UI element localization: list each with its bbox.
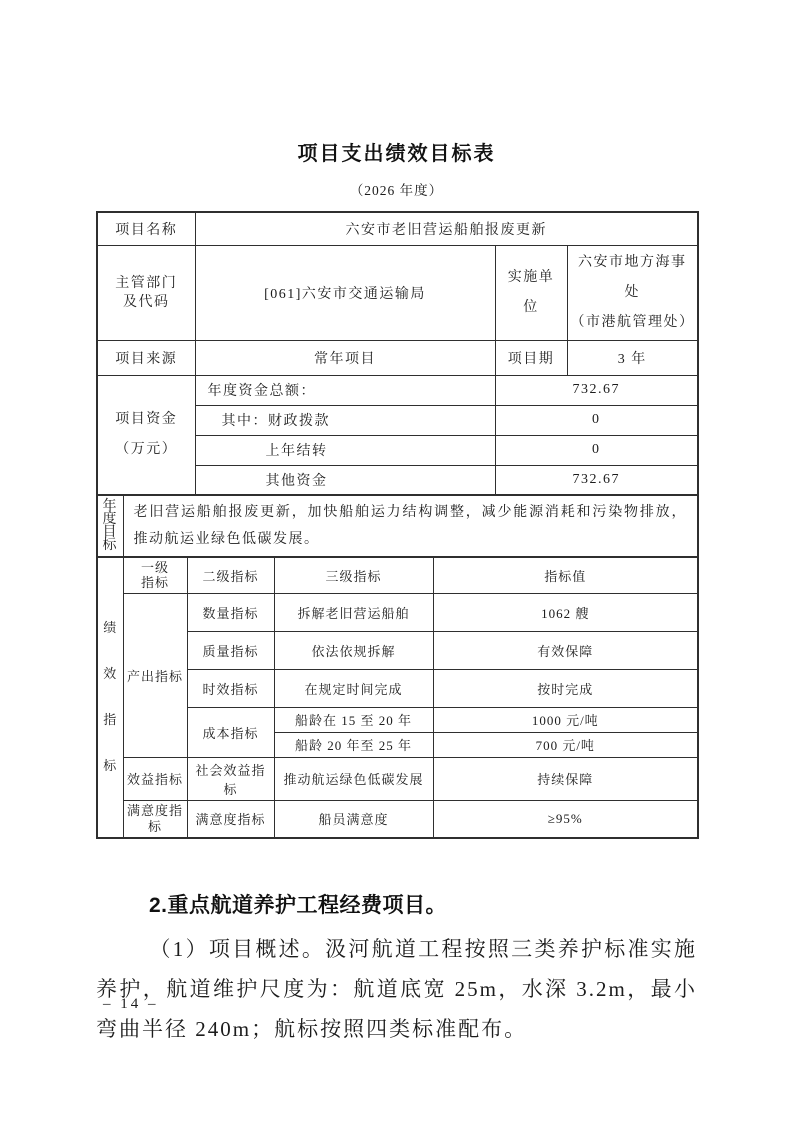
page-subtitle: （2026 年度） [0, 179, 793, 199]
section-heading: 2.重点航道养护工程经费项目。 [149, 889, 793, 919]
department-value: [061]六安市交通运输局 [195, 245, 495, 340]
perf-level3-cell: 依法依规拆解 [274, 631, 433, 669]
perf-level2-cell: 满意度指标 [187, 800, 274, 838]
impl-unit-value: 六安市地方海事处 （市港航管理处） [567, 245, 698, 340]
perf-value-cell: 按时完成 [433, 669, 698, 707]
perf-row-quantity: 产出指标 数量指标 拆解老旧营运船舶 1062 艘 [97, 593, 698, 631]
perf-level2-cell: 时效指标 [187, 669, 274, 707]
perf-value-cell: ≥95% [433, 800, 698, 838]
funds-total-value: 732.67 [495, 375, 698, 405]
perf-row-cost-1: 成本指标 船龄在 15 至 20 年 1000 元/吨 [97, 707, 698, 732]
perf-level3-cell: 拆解老旧营运船舶 [274, 593, 433, 631]
perf-row-quality: 质量指标 依法依规拆解 有效保障 [97, 631, 698, 669]
perf-level3-cell: 船龄在 15 至 20 年 [274, 707, 433, 732]
project-info-table: 项目名称 六安市老旧营运船舶报废更新 主管部门 及代码 [061]六安市交通运输… [96, 211, 699, 496]
source-label: 项目来源 [97, 340, 195, 375]
funds-row-total: 项目资金 （万元） 年度资金总额： 732.67 [97, 375, 698, 405]
annual-goal-row: 年度目标 老旧营运船舶报废更新，加快船舶运力结构调整，减少能源消耗和污染物排放，… [97, 495, 698, 557]
perf-level3-cell: 推动航运绿色低碳发展 [274, 757, 433, 800]
period-value: 3 年 [567, 340, 698, 375]
perf-row-satisfaction: 满意度指 标 满意度指标 船员满意度 ≥95% [97, 800, 698, 838]
perf-row-benefit: 效益指标 社会效益指标 推动航运绿色低碳发展 持续保障 [97, 757, 698, 800]
perf-value-cell: 1062 艘 [433, 593, 698, 631]
perf-value-cell: 有效保障 [433, 631, 698, 669]
annual-goal-table: 年度目标 老旧营运船舶报废更新，加快船舶运力结构调整，减少能源消耗和污染物排放，… [96, 494, 699, 558]
perf-value-cell: 700 元/吨 [433, 732, 698, 757]
department-row: 主管部门 及代码 [061]六安市交通运输局 实施单 位 六安市地方海事处 （市… [97, 245, 698, 340]
document-page: 项目支出绩效目标表 （2026 年度） 项目名称 六安市老旧营运船舶报废更新 主… [0, 0, 793, 1122]
source-value: 常年项目 [195, 340, 495, 375]
funds-other-value: 732.67 [495, 465, 698, 495]
funds-other-label: 其他资金 [195, 465, 495, 495]
page-number: – 14 – [103, 996, 159, 1013]
funds-fiscal-value: 0 [495, 405, 698, 435]
funds-total-label: 年度资金总额： [195, 375, 495, 405]
perf-header-l3: 三级指标 [274, 557, 433, 593]
perf-level1-benefit: 效益指标 [123, 757, 187, 800]
project-name-value: 六安市老旧营运船舶报废更新 [195, 212, 698, 245]
impl-unit-label: 实施单 位 [495, 245, 567, 340]
project-name-row: 项目名称 六安市老旧营运船舶报废更新 [97, 212, 698, 245]
perf-level1-satisfaction: 满意度指 标 [123, 800, 187, 838]
perf-level3-cell: 船员满意度 [274, 800, 433, 838]
section-paragraph: （1）项目概述。汲河航道工程按照三类养护标准实施养护，航道维护尺度为：航道底宽 … [96, 929, 697, 1049]
perf-level2-cost: 成本指标 [187, 707, 274, 757]
page-title: 项目支出绩效目标表 [0, 0, 793, 166]
funds-fiscal-label: 其中：财政拨款 [195, 405, 495, 435]
perf-level2-cell: 数量指标 [187, 593, 274, 631]
funds-carryover-value: 0 [495, 435, 698, 465]
perf-header-l2: 二级指标 [187, 557, 274, 593]
performance-indicators-table: 绩效指标 一级 指标 二级指标 三级指标 指标值 产出指标 数量指标 拆解老旧营… [96, 556, 699, 839]
perf-header-l1: 一级 指标 [123, 557, 187, 593]
annual-goal-text: 老旧营运船舶报废更新，加快船舶运力结构调整，减少能源消耗和污染物排放，推动航运业… [123, 495, 698, 557]
perf-level2-cell: 社会效益指标 [187, 757, 274, 800]
perf-level1-output: 产出指标 [123, 593, 187, 757]
department-label: 主管部门 及代码 [97, 245, 195, 340]
perf-header-value: 指标值 [433, 557, 698, 593]
project-name-label: 项目名称 [97, 212, 195, 245]
perf-row-timeliness: 时效指标 在规定时间完成 按时完成 [97, 669, 698, 707]
perf-section-label: 绩效指标 [97, 557, 123, 838]
perf-level3-cell: 在规定时间完成 [274, 669, 433, 707]
perf-value-cell: 持续保障 [433, 757, 698, 800]
funds-label: 项目资金 （万元） [97, 375, 195, 495]
period-label: 项目期 [495, 340, 567, 375]
perf-header-row: 绩效指标 一级 指标 二级指标 三级指标 指标值 [97, 557, 698, 593]
perf-level2-cell: 质量指标 [187, 631, 274, 669]
source-row: 项目来源 常年项目 项目期 3 年 [97, 340, 698, 375]
funds-carryover-label: 上年结转 [195, 435, 495, 465]
perf-level3-cell: 船龄 20 年至 25 年 [274, 732, 433, 757]
perf-value-cell: 1000 元/吨 [433, 707, 698, 732]
annual-goal-label: 年度目标 [97, 495, 123, 557]
